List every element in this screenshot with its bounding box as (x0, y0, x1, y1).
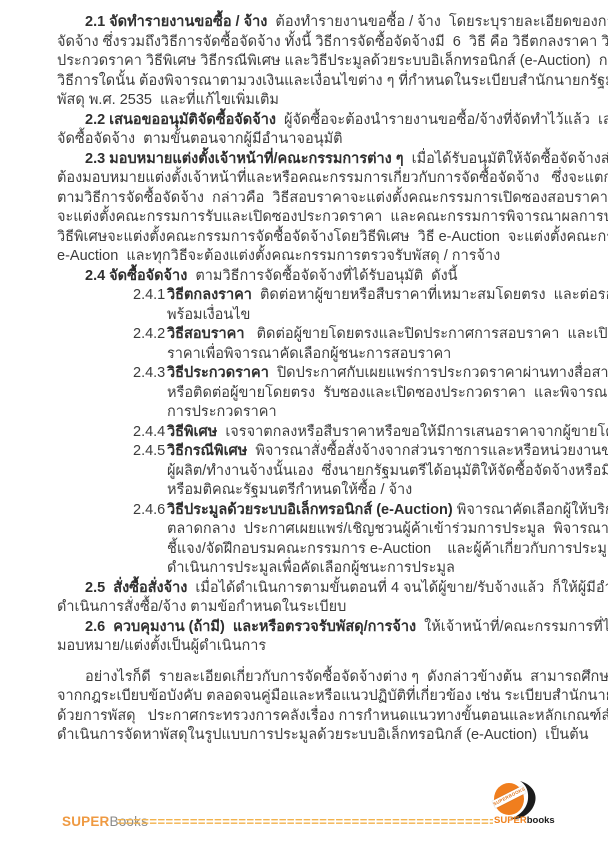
item-number: 2.4.6 (133, 501, 165, 521)
text-line: พัสดุ พ.ศ. 2535 และที่แก้ไขเพิ่มเติม (57, 91, 557, 111)
section-heading: 2.5 สั่งซื้อสั่งจ้าง (85, 580, 187, 596)
section-heading: วิธีประมูลด้วยระบบอิเล็กทรอนิกส์ (e-Auct… (167, 502, 453, 518)
text-line: 2.4.2วิธีสอบราคา ติดต่อผู้ขายโดยตรงและปิ… (167, 325, 557, 345)
logo-wordmark-super: SUPER (494, 815, 527, 826)
list-item: 2.4.2วิธีสอบราคา ติดต่อผู้ขายโดยตรงและปิ… (167, 325, 557, 364)
list-item: 2.4.5วิธีกรณีพิเศษ พิจารณาสั่งซื้อสั่งจ้… (167, 442, 557, 501)
text-line: อย่างไรก็ดี รายละเอียดเกี่ยวกับการจัดซื้… (57, 668, 557, 688)
logo-wordmark: SUPERbooks (494, 815, 555, 826)
text-line: ประกวดราคา วิธีพิเศษ วิธีกรณีพิเศษ และวิ… (57, 52, 557, 72)
text-line: จัดซื้อจัดจ้าง ตามขั้นตอนจากผู้มีอำนาจอน… (57, 130, 557, 150)
paragraph: 2.6 ควบคุมงาน (ถ้ามี) และหรือตรวจรับพัสด… (57, 618, 557, 657)
section-heading: 2.6 ควบคุมงาน (ถ้ามี) และหรือตรวจรับพัสด… (85, 619, 416, 635)
section-heading: วิธีพิเศษ (167, 424, 217, 440)
text-line: 2.4.5วิธีกรณีพิเศษ พิจารณาสั่งซื้อสั่งจ้… (167, 442, 557, 462)
text-line: ชี้แจง/จัดฝึกอบรมคณะกรรมการ e-Auction แล… (167, 540, 557, 560)
text-line: 2.5 สั่งซื้อสั่งจ้าง เมื่อได้ดำเนินการตา… (57, 579, 557, 599)
text-line: พร้อมเงื่อนไข (167, 306, 557, 326)
list-item: 2.4.4วิธีพิเศษ เจรจาตกลงหรือสืบราคาหรือข… (167, 423, 557, 443)
item-number: 2.4.2 (133, 325, 165, 345)
text-line: จะแต่งตั้งคณะกรรมการรับและเปิดซองประกวดร… (57, 208, 557, 228)
section-heading: วิธีตกลงราคา (167, 287, 252, 303)
superbooks-logo: SUPERBOOKS (492, 780, 544, 820)
text-line: วิธีการใดนั้น ต้องพิจารณาตามวงเงินและเงื… (57, 72, 557, 92)
footer-dashed-divider: ========================================… (117, 814, 493, 829)
document-page: 2.1 จัดทำรายงานขอซื้อ / จ้าง ต้องทำรายงา… (0, 0, 608, 843)
document-content: 2.1 จัดทำรายงานขอซื้อ / จ้าง ต้องทำรายงา… (57, 13, 557, 746)
logo-wordmark-books: books (527, 815, 555, 826)
paragraph: 2.1 จัดทำรายงานขอซื้อ / จ้าง ต้องทำรายงา… (57, 13, 557, 111)
item-number: 2.4.4 (133, 423, 165, 443)
text-line: 2.2 เสนอขออนุมัติจัดซื้อจัดจ้าง ผู้จัดซื… (57, 111, 557, 131)
paragraph: 2.5 สั่งซื้อสั่งจ้าง เมื่อได้ดำเนินการตา… (57, 579, 557, 618)
text-line: วิธีพิเศษจะแต่งตั้งคณะกรรมการจัดซื้อจัดจ… (57, 228, 557, 248)
paragraph: 2.3 มอบหมายแต่งตั้งเจ้าหน้าที่/คณะกรรมกา… (57, 150, 557, 267)
text-line: ราคาเพื่อพิจารณาคัดเลือกผู้ชนะการสอบราคา (167, 345, 557, 365)
text-line: มอบหมาย/แต่งตั้งเป็นผู้ดำเนินการ (57, 637, 557, 657)
section-heading: วิธีสอบราคา (167, 326, 245, 342)
section-heading: 2.1 จัดทำรายงานขอซื้อ / จ้าง (85, 14, 267, 30)
list-item: 2.4.6วิธีประมูลด้วยระบบอิเล็กทรอนิกส์ (e… (167, 501, 557, 579)
text-line: หรือมติคณะรัฐมนตรีกำหนดให้ซื้อ / จ้าง (167, 481, 557, 501)
paragraph: อย่างไรก็ดี รายละเอียดเกี่ยวกับการจัดซื้… (57, 668, 557, 746)
text-line: 2.4 จัดซื้อจัดจ้าง ตามวิธีการจัดซื้อจัดจ… (57, 267, 557, 287)
text-line: ดำเนินการสั่งซื้อ/จ้าง ตามข้อกำหนดในระเบ… (57, 598, 557, 618)
paragraph: 2.2 เสนอขออนุมัติจัดซื้อจัดจ้าง ผู้จัดซื… (57, 111, 557, 150)
text-line: 2.4.4วิธีพิเศษ เจรจาตกลงหรือสืบราคาหรือข… (167, 423, 557, 443)
section-heading: 2.2 เสนอขออนุมัติจัดซื้อจัดจ้าง (85, 112, 276, 128)
text-line: ต้องมอบหมายแต่งตั้งเจ้าหน้าที่และหรือคณะ… (57, 169, 557, 189)
text-line: จากกฎระเบียบข้อบังคับ ตลอดจนคู่มือและหรื… (57, 687, 557, 707)
paragraph: 2.4 จัดซื้อจัดจ้าง ตามวิธีการจัดซื้อจัดจ… (57, 267, 557, 287)
section-heading: 2.3 มอบหมายแต่งตั้งเจ้าหน้าที่/คณะกรรมกา… (85, 151, 404, 167)
list-item: 2.4.3วิธีประกวดราคา ปิดประกาศกับเผยแพร่ก… (167, 364, 557, 423)
text-line: 2.1 จัดทำรายงานขอซื้อ / จ้าง ต้องทำรายงา… (57, 13, 557, 33)
text-line: 2.4.1วิธีตกลงราคา ติดต่อหาผู้ขายหรือสืบร… (167, 286, 557, 306)
section-heading: วิธีกรณีพิเศษ (167, 443, 247, 459)
text-line: 2.6 ควบคุมงาน (ถ้ามี) และหรือตรวจรับพัสด… (57, 618, 557, 638)
section-heading: วิธีประกวดราคา (167, 365, 269, 381)
item-number: 2.4.3 (133, 364, 165, 384)
text-line: ดำเนินการประมูลเพื่อคัดเลือกผู้ชนะการประ… (167, 559, 557, 579)
section-heading: 2.4 จัดซื้อจัดจ้าง (85, 268, 187, 284)
item-number: 2.4.1 (133, 286, 165, 306)
text-line: ดำเนินการจัดหาพัสดุในรูปแบบการประมูลด้วย… (57, 726, 557, 746)
text-line: 2.3 มอบหมายแต่งตั้งเจ้าหน้าที่/คณะกรรมกา… (57, 150, 557, 170)
text-line: จัดจ้าง ซึ่งรวมถึงวิธีการจัดซื้อจัดจ้าง … (57, 33, 557, 53)
footer-brand-super: SUPER (62, 814, 110, 829)
text-line: ผู้ผลิต/ทำงานจ้างนั้นเอง ซึ่งนายกรัฐมนตร… (167, 462, 557, 482)
text-line: e-Auction และทุกวิธีจะต้องแต่งตั้งคณะกรร… (57, 247, 557, 267)
text-line: ตลาดกลาง ประกาศเผยแพร่/เชิญชวนผู้ค้าเข้า… (167, 520, 557, 540)
text-line: ตามวิธีการจัดซื้อจัดจ้าง กล่าวคือ วิธีสอ… (57, 189, 557, 209)
list-item: 2.4.1วิธีตกลงราคา ติดต่อหาผู้ขายหรือสืบร… (167, 286, 557, 325)
text-line: หรือติดต่อผู้ขายโดยตรง รับซองและเปิดซองป… (167, 384, 557, 404)
item-number: 2.4.5 (133, 442, 165, 462)
text-line: การประกวดราคา (167, 403, 557, 423)
text-line: 2.4.6วิธีประมูลด้วยระบบอิเล็กทรอนิกส์ (e… (167, 501, 557, 521)
text-line: 2.4.3วิธีประกวดราคา ปิดประกาศกับเผยแพร่ก… (167, 364, 557, 384)
text-line: ด้วยการพัสดุ ประกาศกระทรวงการคลังเรื่อง … (57, 707, 557, 727)
